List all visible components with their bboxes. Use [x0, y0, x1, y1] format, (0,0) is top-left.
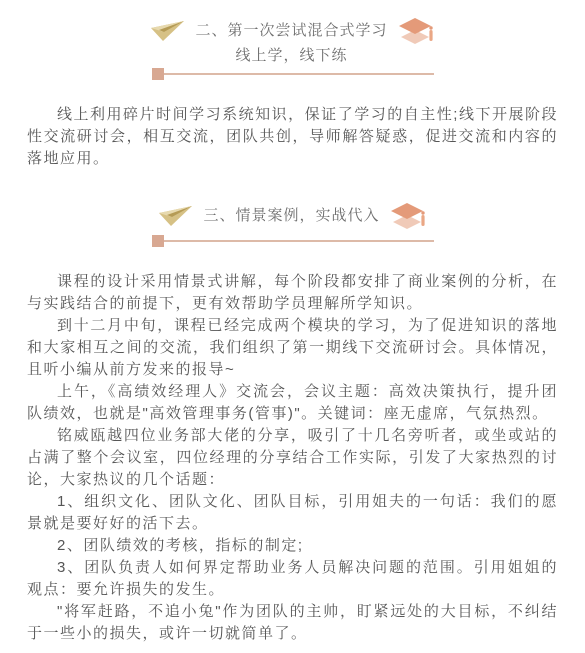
section-body: 课程的设计采用情景式讲解，每个阶段都安排了商业案例的分析，在与实践结合的前提下，… — [27, 271, 558, 645]
divider-line — [164, 240, 434, 242]
paragraph: 课程的设计采用情景式讲解，每个阶段都安排了商业案例的分析，在与实践结合的前提下，… — [27, 271, 558, 315]
section-header: 三、情景案例，实战代入 — [27, 203, 558, 235]
section-title: 三、情景案例，实战代入 — [203, 203, 379, 228]
header-text: 二、第一次尝试混合式学习 线上学，线下练 — [195, 18, 387, 68]
paper-plane-icon — [158, 204, 192, 228]
paragraph: 上午，《高绩效经理人》交流会，会议主题：高效决策执行，提升团队绩效，也就是"高效… — [27, 381, 558, 425]
divider-line — [164, 73, 434, 75]
section-subtitle: 线上学，线下练 — [235, 43, 347, 68]
section-title: 二、第一次尝试混合式学习 — [195, 18, 387, 43]
paragraph: 2、团队绩效的考核，指标的制定; — [27, 535, 558, 557]
paragraph: 铭威瓯越四位业务部大佬的分享，吸引了十几名旁听者，或坐或站的占满了整个会议室，四… — [27, 425, 558, 491]
divider-square — [152, 68, 164, 80]
graduation-cap-icon — [391, 203, 427, 235]
graduation-cap-icon — [399, 18, 435, 50]
section-divider — [152, 68, 434, 80]
paragraph: 3、团队负责人如何界定帮助业务人员解决问题的范围。引用姐姐的观点：要允许损失的发… — [27, 557, 558, 601]
section-case-study: 三、情景案例，实战代入 课程的设计采用情景式讲解，每个阶段都安排了商业案例的分析… — [27, 203, 558, 645]
section-header: 二、第一次尝试混合式学习 线上学，线下练 — [27, 18, 558, 68]
paragraph: 1、组织文化、团队文化、团队目标，引用姐夫的一句话：我们的愿景就是要好好的活下去… — [27, 491, 558, 535]
paragraph: 线上利用碎片时间学习系统知识，保证了学习的自主性;线下开展阶段性交流研讨会，相互… — [27, 104, 558, 170]
header-text: 三、情景案例，实战代入 — [203, 203, 379, 228]
paper-plane-icon — [150, 19, 184, 43]
section-blended-learning: 二、第一次尝试混合式学习 线上学，线下练 线上利用碎片时间学习系统知识，保证了学… — [27, 18, 558, 170]
paragraph: 到十二月中旬，课程已经完成两个模块的学习，为了促进知识的落地和大家相互之间的交流… — [27, 315, 558, 381]
section-divider — [152, 235, 434, 247]
paragraph: "将军赶路，不追小兔"作为团队的主帅，盯紧远处的大目标，不纠结于一些小的损失，或… — [27, 601, 558, 645]
divider-square — [152, 235, 164, 247]
section-body: 线上利用碎片时间学习系统知识，保证了学习的自主性;线下开展阶段性交流研讨会，相互… — [27, 104, 558, 170]
article-page: 二、第一次尝试混合式学习 线上学，线下练 线上利用碎片时间学习系统知识，保证了学… — [0, 0, 585, 653]
